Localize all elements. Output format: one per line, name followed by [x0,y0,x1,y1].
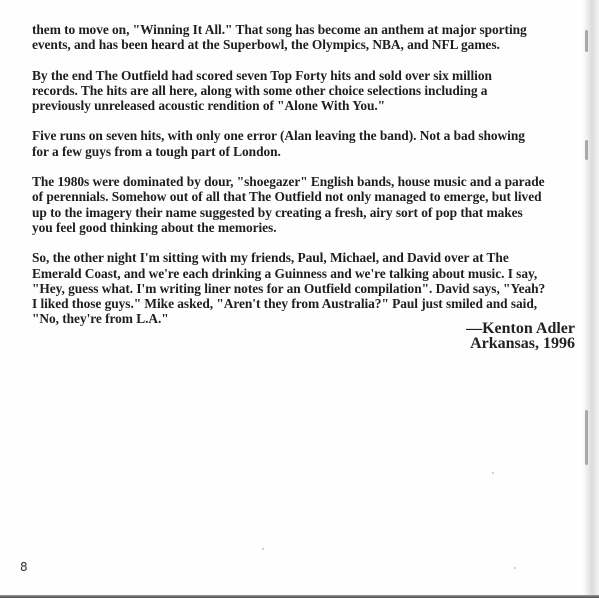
author-name: —Kenton Adler [466,321,575,336]
booklet-page: them to move on, "Winning It All." That … [0,0,599,598]
paragraph-five-runs: Five runs on seven hits, with only one e… [32,128,577,159]
spine-mark [585,410,588,465]
spine-mark [585,30,588,52]
paragraph-emerald-coast: So, the other night I'm sitting with my … [32,250,577,326]
scan-speck [514,567,516,569]
liner-notes-body: them to move on, "Winning It All." That … [32,22,577,342]
spine-mark [585,140,588,160]
page-number: 8 [20,560,28,574]
page-spine-shadow [583,0,599,598]
paragraph-1980s: The 1980s were dominated by dour, "shoeg… [32,174,577,235]
paragraph-winning-it-all: them to move on, "Winning It All." That … [32,22,577,53]
place-date: Arkansas, 1996 [466,336,575,351]
paragraph-top-forty-hits: By the end The Outfield had scored seven… [32,68,577,114]
scan-speck [262,548,264,550]
signature-block: —Kenton Adler Arkansas, 1996 [466,321,575,351]
scan-speck [492,472,494,474]
